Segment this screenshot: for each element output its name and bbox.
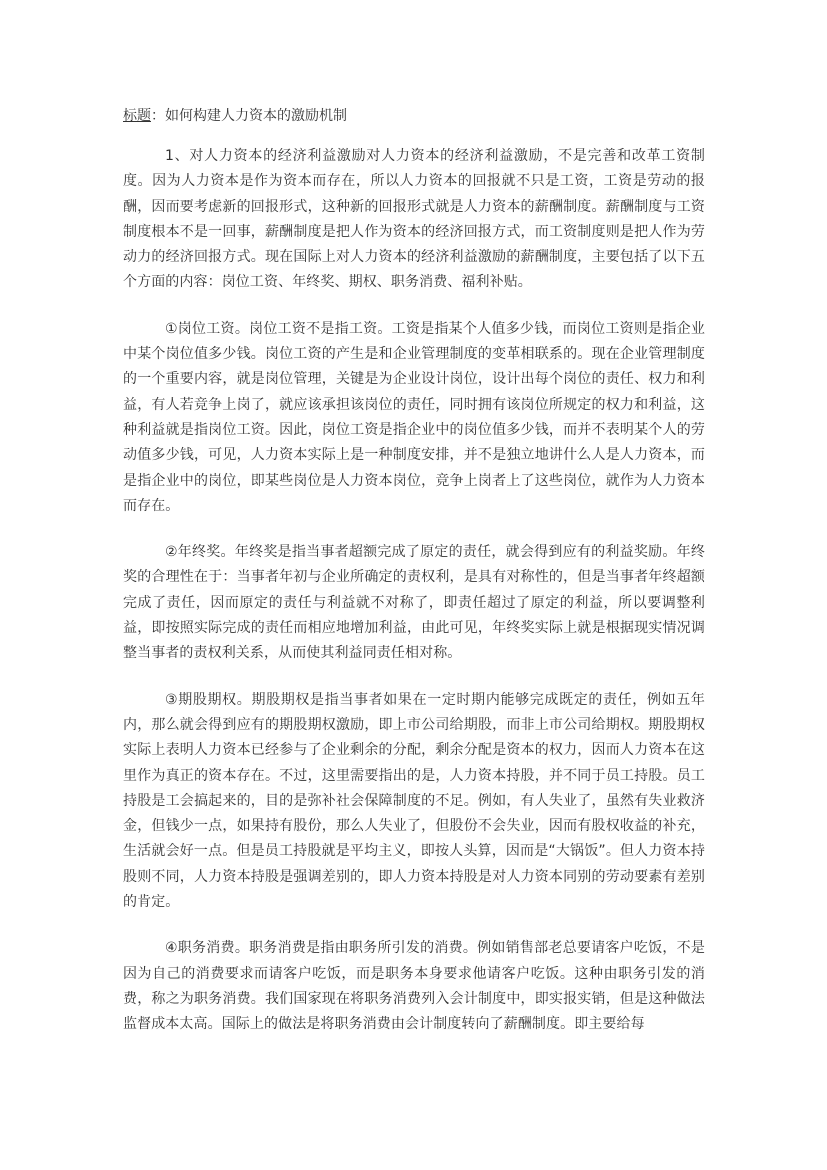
paragraph-economic-incentive: 1、对人力资本的经济利益激励对人力资本的经济利益激励，不是完善和改革工资制度。因… [123, 144, 705, 296]
title-separator: ： [151, 108, 165, 124]
title-label: 标题 [123, 108, 151, 124]
paragraph-duty-consumption: ④职务消费。职务消费是指由职务所引发的消费。例如销售部老总要请客户吃饭，不是因为… [123, 936, 705, 1037]
paragraph-position-salary: ①岗位工资。岗位工资不是指工资。工资是指某个人值多少钱，而岗位工资则是指企业中某… [123, 317, 705, 519]
paragraph-stock-options: ③期股期权。期股期权是指当事者如果在一定时期内能够完成既定的责任，例如五年内，那… [123, 688, 705, 916]
paragraph-year-end-bonus: ②年终奖。年终奖是指当事者超额完成了原定的责任，就会得到应有的利益奖励。年终奖的… [123, 540, 705, 666]
document-page: 标题：如何构建人力资本的激励机制 1、对人力资本的经济利益激励对人力资本的经济利… [123, 104, 705, 1059]
document-title: 标题：如何构建人力资本的激励机制 [123, 104, 705, 128]
title-text: 如何构建人力资本的激励机制 [165, 108, 347, 124]
